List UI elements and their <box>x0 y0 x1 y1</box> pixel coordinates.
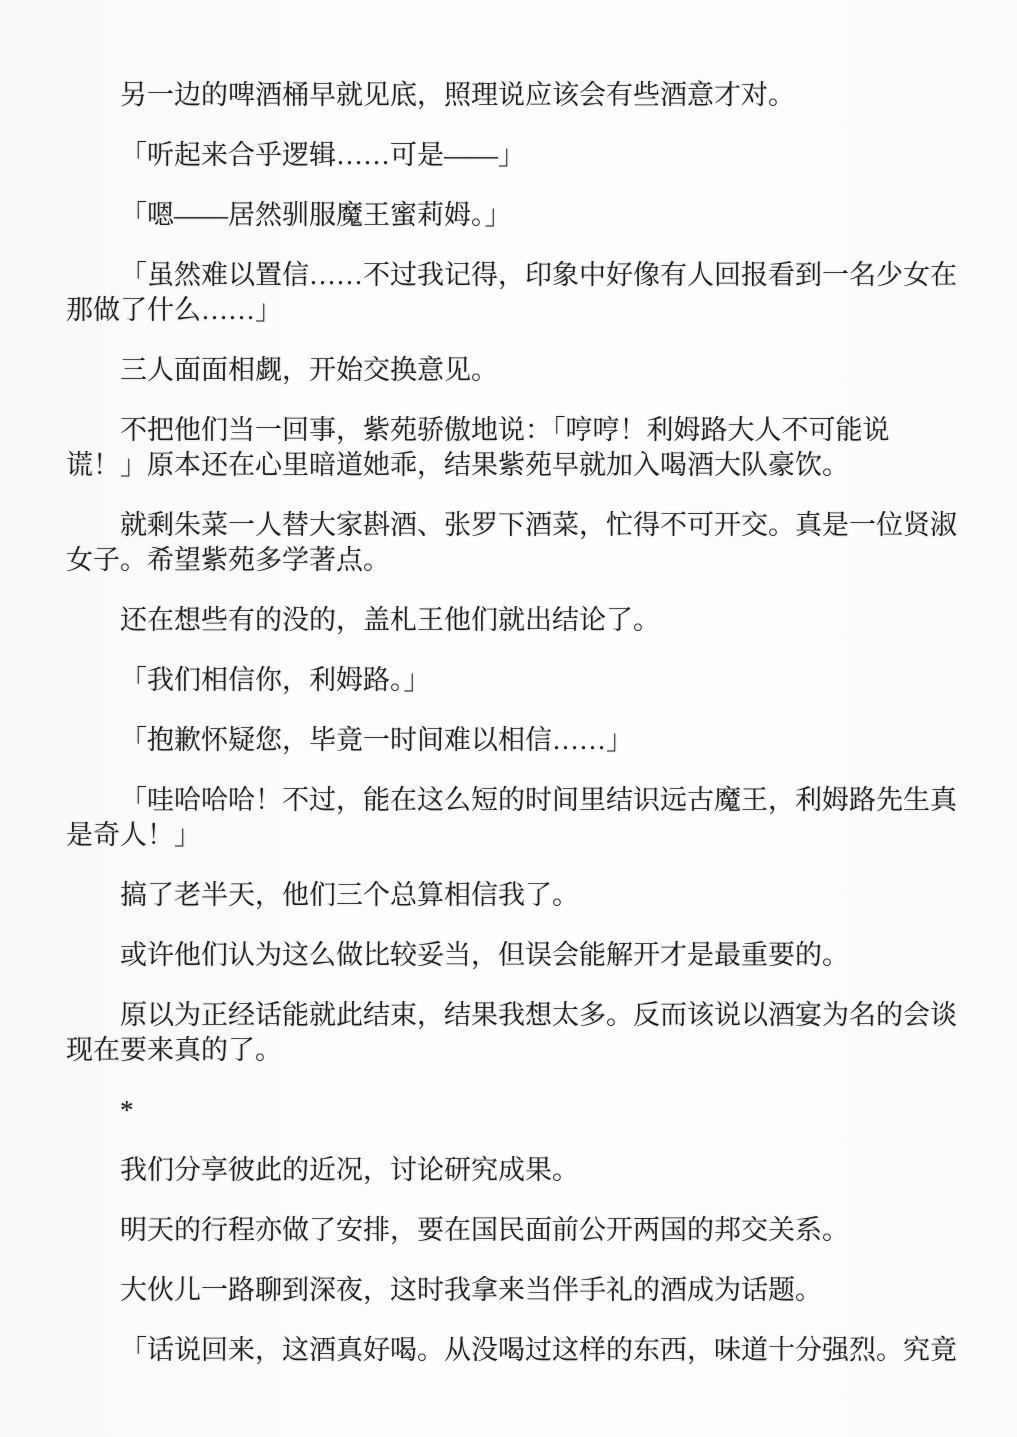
paragraph-2: 「听起来合乎逻辑……可是——」 <box>66 138 966 173</box>
paragraph-14: 原以为正经话能就此结束，结果我想太多。反而该说以酒宴为名的会谈 现在要来真的了。 <box>66 998 966 1068</box>
section-separator: * <box>66 1093 966 1128</box>
paragraph-1: 另一边的啤酒桶早就见底，照理说应该会有些酒意才对。 <box>66 78 966 113</box>
paragraph-4: 「虽然难以置信……不过我记得，印象中好像有人回报看到一名少女在 那做了什么……」 <box>66 258 966 328</box>
paragraph-6: 不把他们当一回事，紫苑骄傲地说：「哼哼！利姆路大人不可能说 谎！」原本还在心里暗… <box>66 413 966 483</box>
paragraph-13: 或许他们认为这么做比较妥当，但误会能解开才是最重要的。 <box>66 938 966 973</box>
page: 另一边的啤酒桶早就见底，照理说应该会有些酒意才对。「听起来合乎逻辑……可是——」… <box>0 0 1017 1437</box>
paragraph-16: 我们分享彼此的近况，讨论研究成果。 <box>66 1153 966 1188</box>
paragraph-12: 搞了老半天，他们三个总算相信我了。 <box>66 878 966 913</box>
page-text: 另一边的啤酒桶早就见底，照理说应该会有些酒意才对。「听起来合乎逻辑……可是——」… <box>66 78 966 1393</box>
paragraph-3: 「嗯——居然驯服魔王蜜莉姆。」 <box>66 198 966 233</box>
paragraph-5: 三人面面相觑，开始交换意见。 <box>66 353 966 388</box>
paragraph-18: 大伙儿一路聊到深夜，这时我拿来当伴手礼的酒成为话题。 <box>66 1273 966 1308</box>
paragraph-11: 「哇哈哈哈！不过，能在这么短的时间里结识远古魔王，利姆路先生真 是奇人！」 <box>66 783 966 853</box>
paragraph-10: 「抱歉怀疑您，毕竟一时间难以相信……」 <box>66 723 966 758</box>
paragraph-7: 就剩朱菜一人替大家斟酒、张罗下酒菜，忙得不可开交。真是一位贤淑 女子。希望紫苑多… <box>66 508 966 578</box>
paragraph-17: 明天的行程亦做了安排，要在国民面前公开两国的邦交关系。 <box>66 1213 966 1248</box>
paragraph-19: 「话说回来，这酒真好喝。从没喝过这样的东西，味道十分强烈。究竟 <box>66 1333 966 1368</box>
paragraph-9: 「我们相信你，利姆路。」 <box>66 663 966 698</box>
paragraph-8: 还在想些有的没的，盖札王他们就出结论了。 <box>66 603 966 638</box>
